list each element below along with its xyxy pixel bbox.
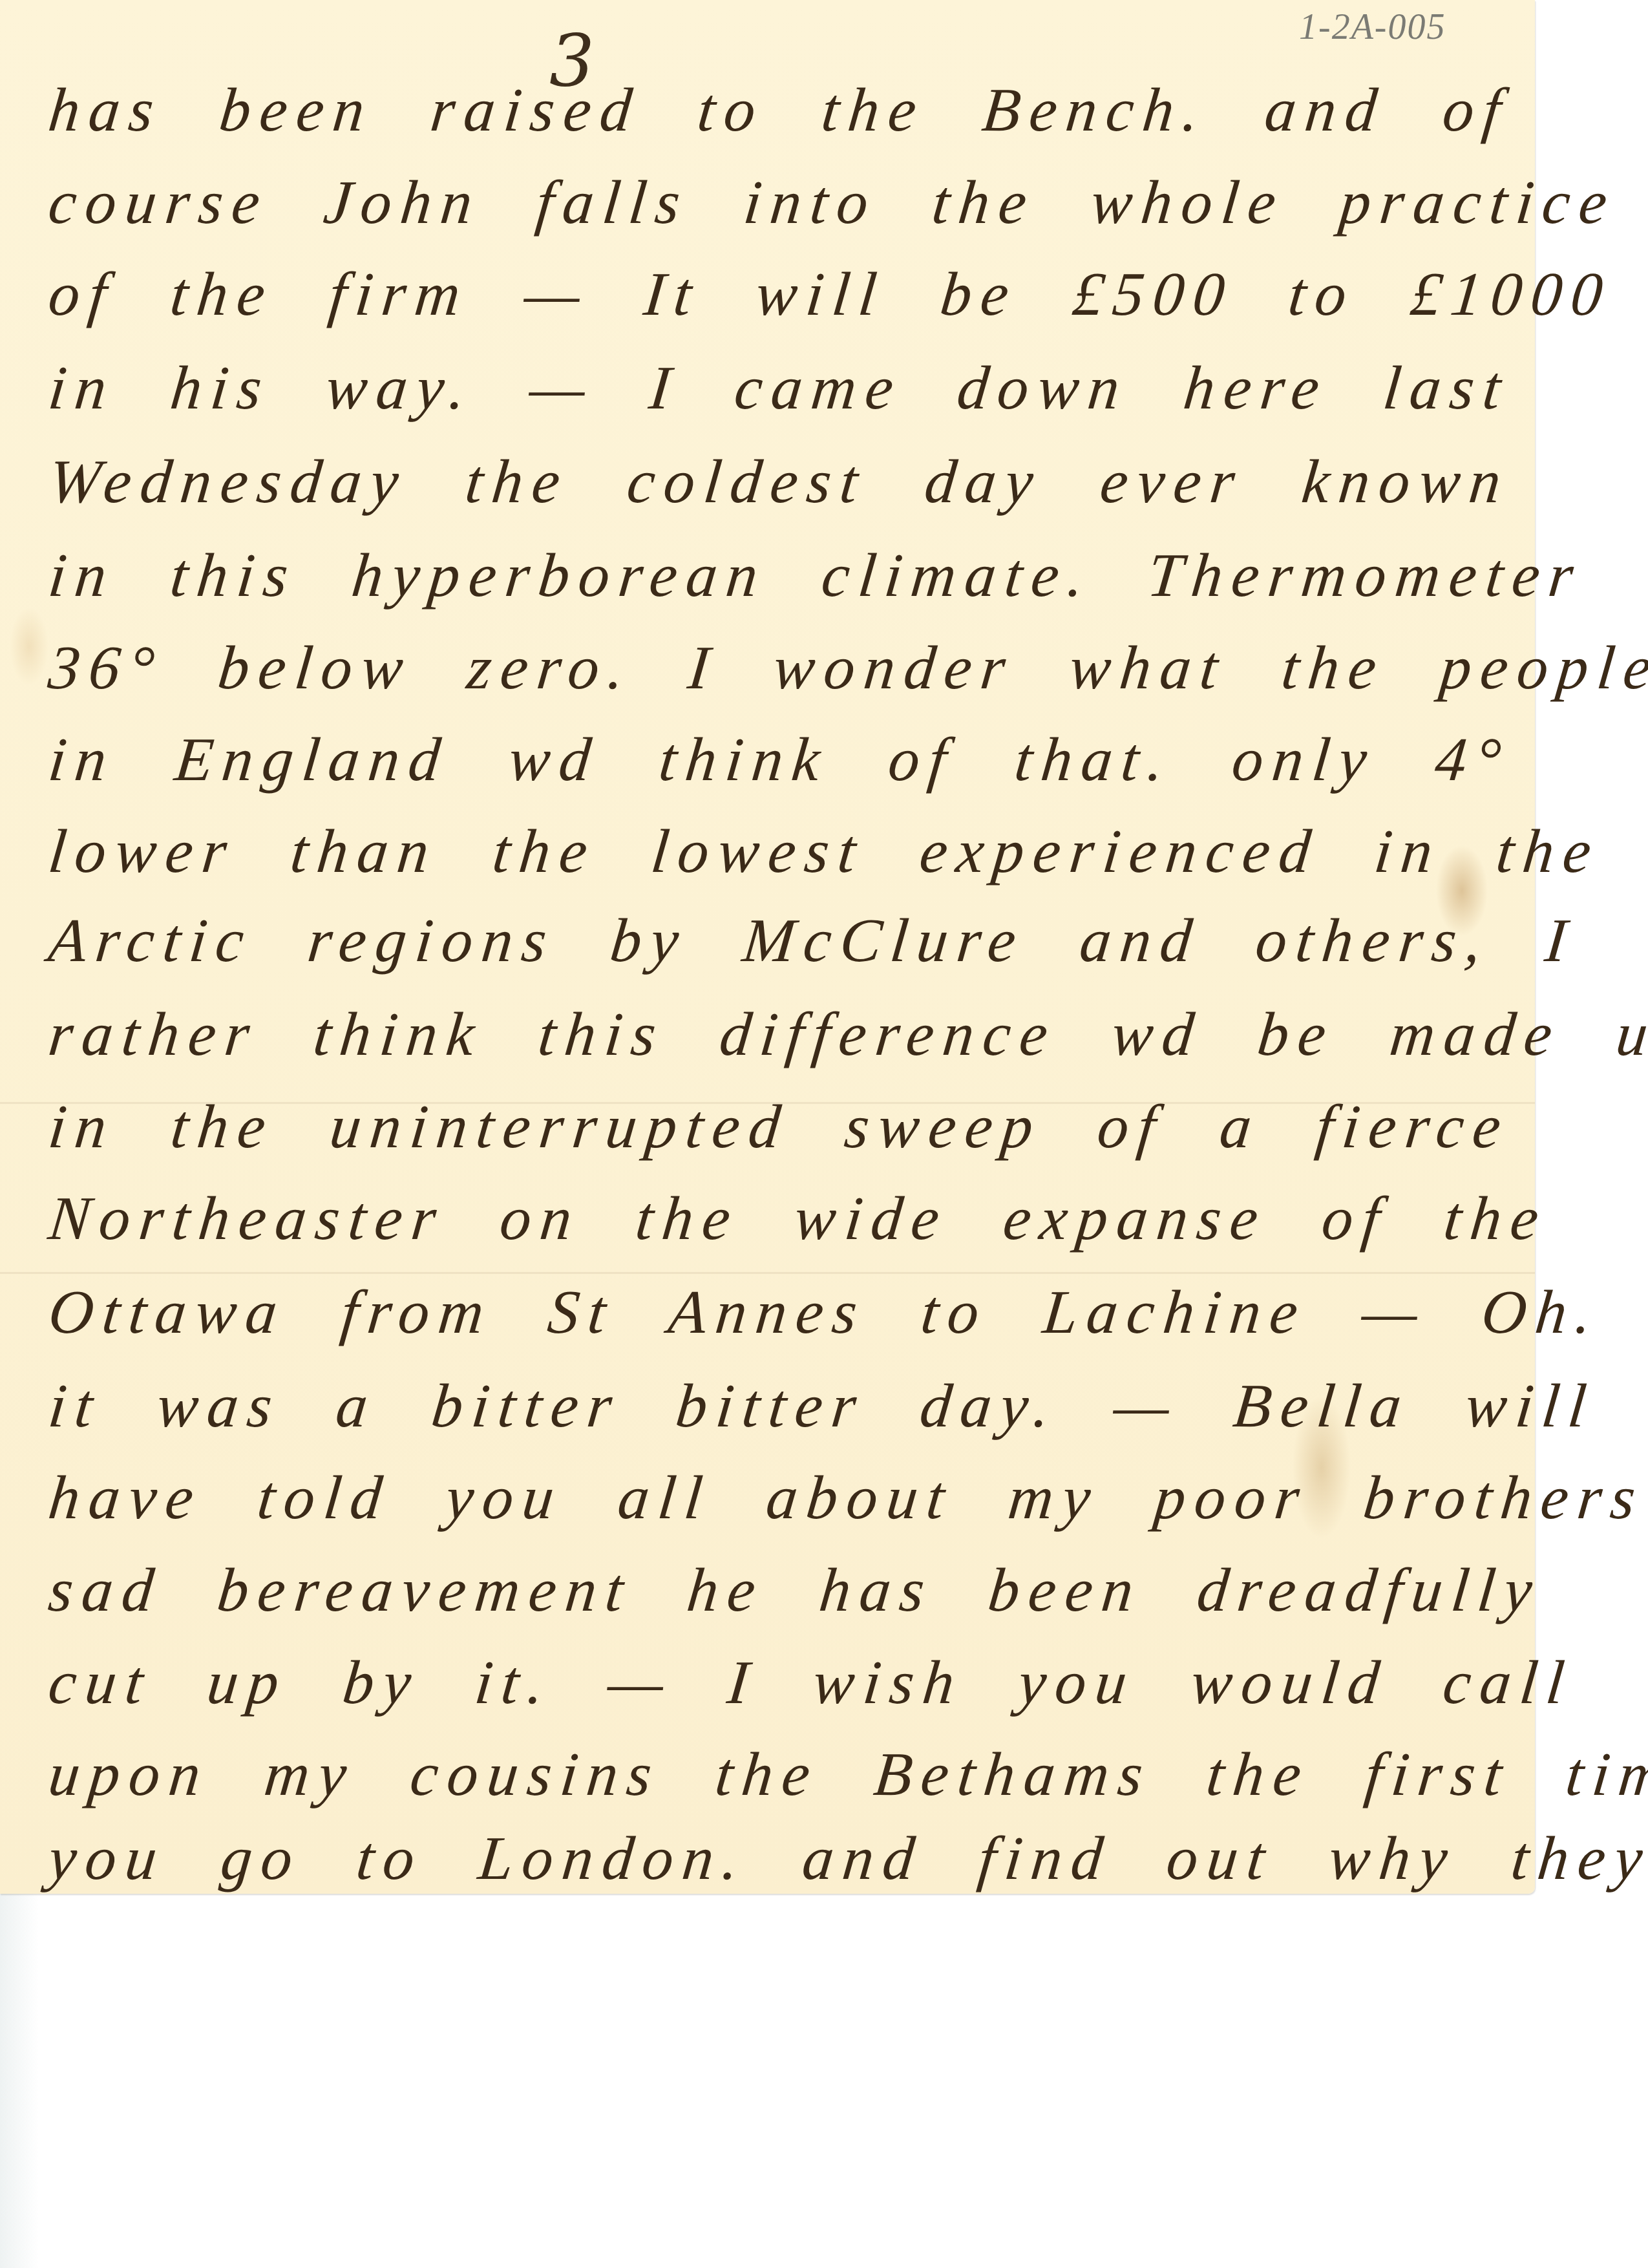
letter-paper: 1-2A-005 3 has been raised to the Bench.… <box>0 0 1535 1894</box>
letter-body: has been raised to the Bench. and of cou… <box>0 0 1535 1894</box>
letter-line: course John falls into the whole practic… <box>45 167 1514 238</box>
letter-line: 36° below zero. I wonder what the people <box>45 632 1514 703</box>
scanned-page: 1-2A-005 3 has been raised to the Bench.… <box>0 0 1648 2268</box>
letter-line: Northeaster on the wide expanse of the <box>45 1183 1514 1254</box>
letter-line: lower than the lowest experienced in the <box>45 816 1514 887</box>
letter-line: in England wd think of that. only 4° <box>45 724 1514 795</box>
letter-line: cut up by it. — I wish you would call <box>45 1647 1514 1718</box>
letter-line: has been raised to the Bench. and of <box>45 74 1514 145</box>
letter-line: rather think this difference wd be made … <box>45 999 1514 1070</box>
letter-line: sad bereavement he has been dreadfully <box>45 1554 1514 1626</box>
letter-line: Ottawa from St Annes to Lachine — Oh. <box>45 1277 1514 1348</box>
letter-line: in his way. — I came down here last <box>45 352 1514 423</box>
letter-line: it was a bitter bitter day. — Bella will <box>45 1370 1514 1441</box>
letter-line: you go to London. and find out why they <box>45 1823 1514 1894</box>
letter-line: in the uninterrupted sweep of a fierce <box>45 1091 1514 1162</box>
letter-line: Arctic regions by McClure and others, I <box>45 905 1514 976</box>
letter-line: of the firm — It will be £500 to £1000 <box>45 259 1514 330</box>
letter-line: upon my cousins the Bethams the first ti… <box>45 1739 1514 1810</box>
letter-line: Wednesday the coldest day ever known <box>45 446 1514 517</box>
letter-line: have told you all about my poor brothers <box>45 1462 1514 1533</box>
letter-line: in this hyperborean climate. Thermometer <box>45 540 1514 611</box>
